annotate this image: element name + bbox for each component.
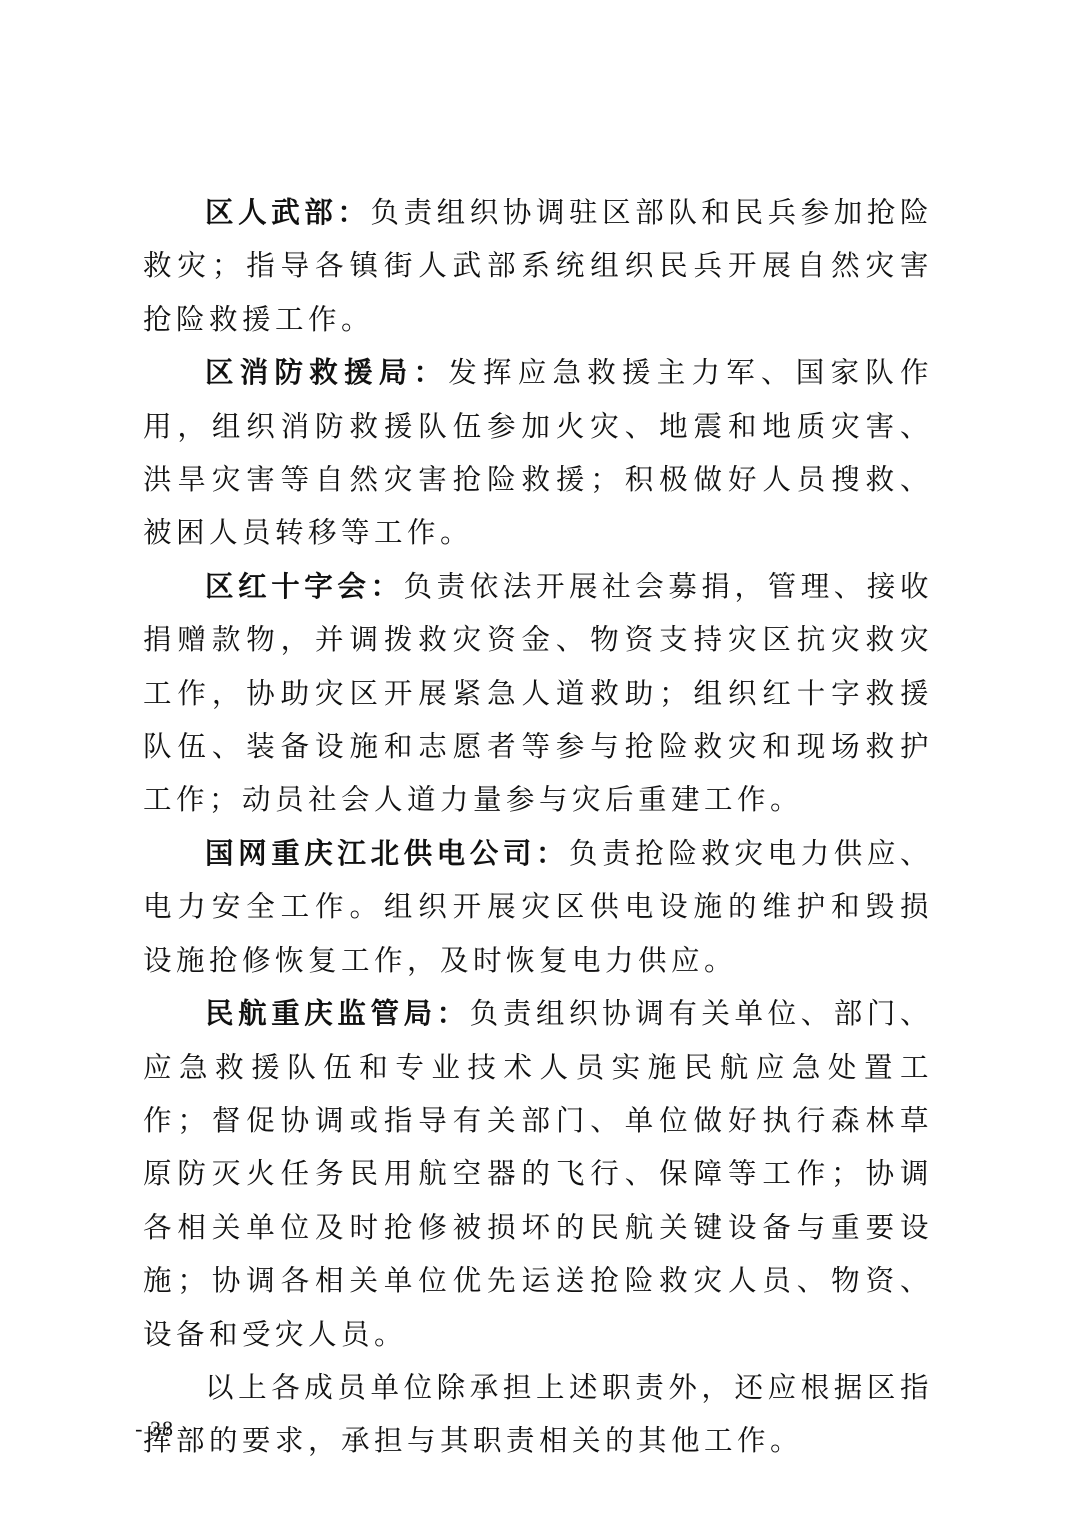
paragraph-lead: 区红十字会：: [205, 569, 404, 603]
paragraph-fire-rescue-bureau: 区消防救援局：发挥应急救援主力军、国家队作用，组织消防救援队伍参加火灾、地震和地…: [143, 346, 933, 560]
paragraph-lead: 国网重庆江北供电公司：: [205, 836, 569, 870]
document-body: 区人武部：负责组织协调驻区部队和民兵参加抢险救灾；指导各镇街人武部系统组织民兵开…: [143, 186, 933, 1468]
paragraph-civil-aviation-bureau: 民航重庆监管局：负责组织协调有关单位、部门、应急救援队伍和专业技术人员实施民航应…: [143, 987, 933, 1361]
paragraph-body: 负责组织协调有关单位、部门、应急救援队伍和专业技术人员实施民航应急处置工作；督促…: [143, 997, 933, 1350]
paragraph-lead: 区人武部：: [205, 195, 370, 229]
paragraph-power-supply-company: 国网重庆江北供电公司：负责抢险救灾电力供应、电力安全工作。组织开展灾区供电设施的…: [143, 827, 933, 987]
paragraph-red-cross: 区红十字会：负责依法开展社会募捐，管理、接收捐赠款物，并调拨救灾资金、物资支持灾…: [143, 560, 933, 827]
page-number: - 38 -: [0, 1416, 699, 1442]
document-page: 区人武部：负责组织协调驻区部队和民兵参加抢险救灾；指导各镇街人武部系统组织民兵开…: [0, 0, 1074, 1520]
paragraph-lead: 区消防救援局：: [205, 355, 448, 389]
paragraph-closing-note: 以上各成员单位除承担上述职责外，还应根据区指挥部的要求，承担与其职责相关的其他工…: [143, 1361, 933, 1468]
paragraph-lead: 民航重庆监管局：: [205, 996, 470, 1030]
paragraph-body: 负责依法开展社会募捐，管理、接收捐赠款物，并调拨救灾资金、物资支持灾区抗灾救灾工…: [143, 570, 933, 817]
paragraph-district-armed-forces: 区人武部：负责组织协调驻区部队和民兵参加抢险救灾；指导各镇街人武部系统组织民兵开…: [143, 186, 933, 346]
paragraph-body: 以上各成员单位除承担上述职责外，还应根据区指挥部的要求，承担与其职责相关的其他工…: [143, 1371, 933, 1457]
